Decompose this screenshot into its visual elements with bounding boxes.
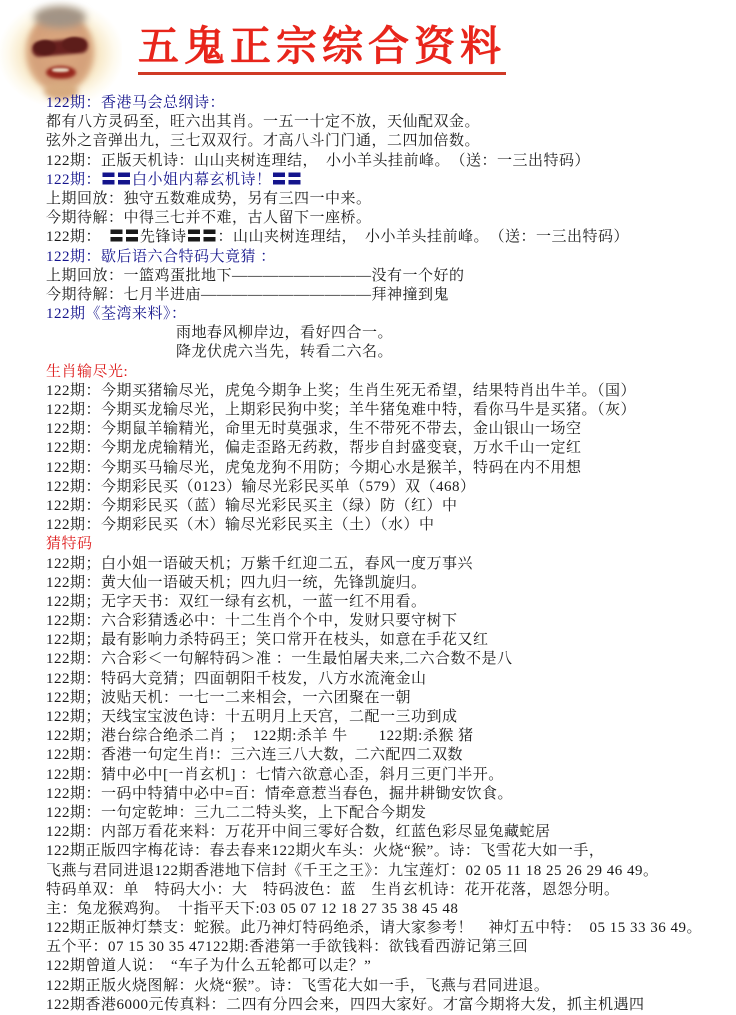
content-lines: 122期：香港马会总纲诗：都有八方灵码至，旺六出其肖。一五一十定不放，天仙配双金… — [46, 94, 732, 1015]
text-line: 122期；最有影响力杀特码王；笑口常开在枝头，如意在手花又红 — [46, 631, 732, 650]
text-line: 122期：今期龙虎输精光，偏走歪路无药救，帮步自封盛变衰，万水千山一定红 — [46, 439, 732, 458]
text-line: 122期：特码大竞猜；四面朝阳千枝发，八方水流淹金山 — [46, 670, 732, 689]
text-line: 上期回放：独守五数难成势，另有三四一中来。 — [46, 190, 732, 209]
text-line: 都有八方灵码至，旺六出其肖。一五一十定不放，天仙配双金。 — [46, 113, 732, 132]
text-line: 122期：今期买龙输尽光，上期彩民狗中奖；羊牛猪兔难中特，看你马牛是买猪。（灰） — [46, 401, 732, 420]
text-line: 上期回放：一篮鸡蛋批地下—————————没有一个好的 — [46, 267, 732, 286]
portrait-hair — [34, 6, 86, 28]
text-line: 122期：今期彩民买（蓝）输尽光彩民买主（绿）防（红）中 — [46, 497, 732, 516]
text-line: 122期：今期买马输尽光，虎兔龙狗不用防；今期心水是猴羊，特码在内不用想 — [46, 459, 732, 478]
text-line: 122期：今期鼠羊输精光，命里无时莫强求，生不带死不带去，金山银山一场空 — [46, 420, 732, 439]
page-title: 五鬼正宗综合资料 — [138, 24, 506, 75]
text-line: 122期：今期彩民买（0123）输尽光彩民买单（579）双（468） — [46, 478, 732, 497]
text-line: 122期：香港马会总纲诗： — [46, 94, 732, 113]
text-line: 降龙伏虎六当先，转看二六名。 — [176, 343, 732, 362]
text-line: 生肖输尽光: — [46, 363, 732, 382]
text-line: 122期；白小姐一语破天机；万紫千红迎二五，春风一度万事兴 — [46, 555, 732, 574]
text-line: 122期：六合彩猜透必中：十二生肖个个中，发财只要守树下 — [46, 612, 732, 631]
text-line: 122期：内部万看花来料：万花开中间三零好合数，红蓝色彩尽显兔藏蛇居 — [46, 823, 732, 842]
text-line: 122期：猜中必中[一肖玄机] ：七情六欲意心歪，斜月三更门半开。 — [46, 766, 732, 785]
avatar — [0, 0, 122, 108]
text-line: 122期：六合彩＜一句解特码＞准 ：一生最怕屠夫来,二六合数不是八 — [46, 650, 732, 669]
text-line: 主：兔龙猴鸡狗。 十指平天下:03 05 07 12 18 27 35 38 4… — [46, 900, 732, 919]
text-line: 122期：歇后语六合特码大竟猜 ： — [46, 248, 732, 267]
text-line: 122期：一码中特猜中必中=百：情牵意惹当春色，掘井耕锄安饮食。 — [46, 785, 732, 804]
text-line: 122期；无字天书：双红一绿有玄机，一蓝一红不用看。 — [46, 593, 732, 612]
sunglasses-left-lens — [34, 40, 56, 55]
portrait-teeth — [52, 68, 69, 72]
text-line: 今期待解：七月半进庙———————————拜神撞到鬼 — [46, 286, 732, 305]
text-line: 122期：香港一句定生肖!：三六连三八大数，二六配四二双数 — [46, 746, 732, 765]
text-line: 122期：今期买猪输尽光，虎兔今期争上奖；生肖生死无希望，结果特肖出牛羊。（国） — [46, 382, 732, 401]
text-line: 122期正版火烧图解：火烧“猴”。诗：飞雪花大如一手，飞燕与君同进退。 — [46, 977, 732, 996]
text-line: 五个平：07 15 30 35 47122期:香港第一手欲钱料：欲钱看西游记第三… — [46, 938, 732, 957]
text-line: 猜特码 — [46, 535, 732, 554]
sunglasses-right-lens — [62, 37, 86, 52]
text-line: 122期；波贴天机：一七一二来相会，一六团聚在一朝 — [46, 689, 732, 708]
text-line: 122期：一句定乾坤：三九二二特头奖，上下配合今期发 — [46, 804, 732, 823]
text-line: 122期：〓〓白小姐内幕玄机诗！〓〓 — [46, 171, 732, 190]
text-line: 122期；港台综合绝杀二肖 ； 122期:杀羊 牛 122期:杀猴 猪 — [46, 727, 732, 746]
text-line: 飞燕与君同进退122期香港地下信封《千王之王》：九宝莲灯：02 05 11 18… — [46, 862, 732, 881]
text-line: 122期曾道人说： “车子为什么五轮都可以走？” — [46, 957, 732, 976]
text-line: 122期：黄大仙一语破天机；四九归一统，先锋凯旋归。 — [46, 574, 732, 593]
text-line: 122期正版四字梅花诗：春去春来122期火车头：火烧“猴”。诗：飞雪花大如一手， — [46, 842, 732, 861]
text-line: 122期：今期彩民买（木）输尽光彩民买主（土）（水）中 — [46, 516, 732, 535]
text-line: 122期香港6000元传真料：二四有分四会来，四四大家好。才富今期将大发，抓主机… — [46, 996, 732, 1015]
text-line: 122期： 〓〓先锋诗〓〓：山山夹树连理结， 小小羊头挂前峰。 （送：一三出特码… — [46, 228, 732, 247]
text-line: 特码单双：单 特码大小：大 特码波色：蓝 生肖玄机诗：花开花落，恩怨分明。 — [46, 881, 732, 900]
text-line: 今期待解：中得三七并不难，古人留下一座桥。 — [46, 209, 732, 228]
text-line: 弦外之音弹出九，三七双双行。才高八斗门门通，二四加倍数。 — [46, 132, 732, 151]
text-line: 122期：正版天机诗：山山夹树连理结， 小小羊头挂前峰。 （送：一三出特码） — [46, 152, 732, 171]
text-line: 122期；天线宝宝波色诗：十五明月上天宫，二配一三功到成 — [46, 708, 732, 727]
text-line: 122期正版神灯禁支：蛇猴。此乃神灯特码绝杀，请大家参考！ 神灯五中特： 05 … — [46, 919, 732, 938]
text-line: 122期《荃湾来料》： — [46, 305, 732, 324]
text-line: 雨地春风柳岸边，看好四合一。 — [176, 324, 732, 343]
